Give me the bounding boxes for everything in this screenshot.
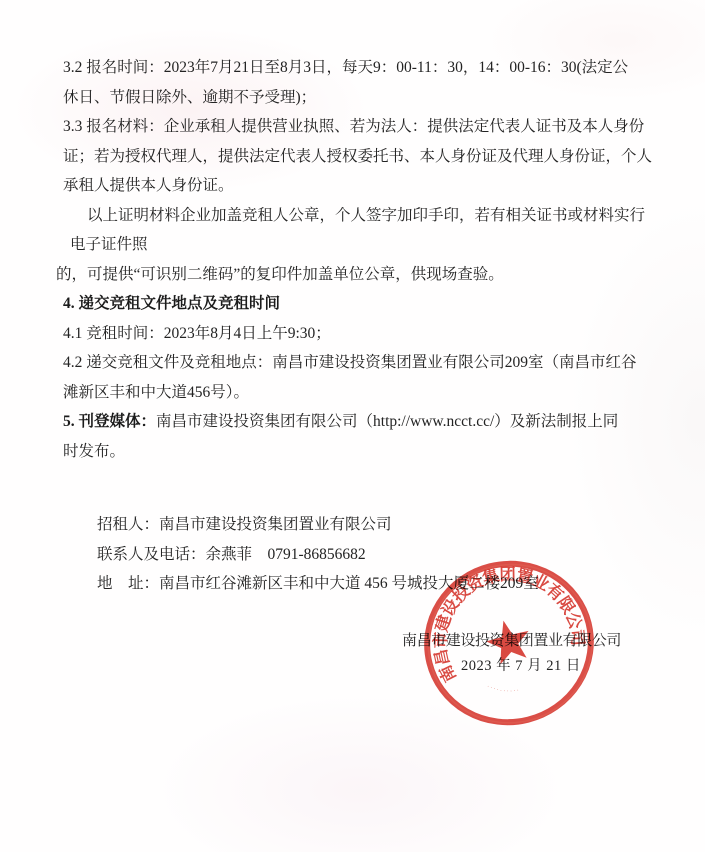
doc-line-materials-note: 以上证明材料企业加盖竞租人公章，个人签字加印手印，若有相关证书或材料实行 bbox=[63, 201, 673, 231]
scanned-document-page: 3.2 报名时间：2023年7月21日至8月3日，每天9：00-11：30，14… bbox=[0, 0, 705, 852]
doc-line-3-2-cont: 休日、节假日除外、逾期不予受理)； bbox=[63, 83, 673, 113]
seal-arc-text: 南昌市建设投资集团置业有限公司 bbox=[420, 554, 591, 687]
doc-line-4-1: 4.1 竞租时间：2023年8月4日上午9:30； bbox=[63, 319, 673, 349]
doc-line-4-2-cont: 滩新区丰和中大道456号）。 bbox=[63, 378, 673, 408]
document-body: 3.2 报名时间：2023年7月21日至8月3日，每天9：00-11：30，14… bbox=[63, 53, 673, 466]
doc-heading-section-4: 4. 递交竞租文件地点及竞租时间 bbox=[63, 289, 673, 319]
svg-text:· · · · · · · · · ·: · · · · · · · · · · bbox=[484, 677, 519, 701]
doc-line-qrcode: 的，可提供“可识别二维码”的复印件加盖单位公章，供现场查验。 bbox=[56, 260, 673, 290]
section-5-label: 5. 刊登媒体： bbox=[63, 413, 156, 430]
doc-line-3-2: 3.2 报名时间：2023年7月21日至8月3日，每天9：00-11：30，14… bbox=[63, 53, 673, 83]
seal-star-icon bbox=[482, 615, 535, 666]
doc-line-3-3-cont1: 证；若为授权代理人，提供法定代表人授权委托书、本人身份证及代理人身份证，个人 bbox=[63, 142, 673, 172]
doc-line-3-3-cont2: 承租人提供本人身份证。 bbox=[63, 171, 673, 201]
official-red-seal: 南昌市建设投资集团置业有限公司 · · · · · · · · · · bbox=[420, 554, 598, 732]
doc-line-section-5: 5. 刊登媒体：南昌市建设投资集团有限公司（http://www.ncct.cc… bbox=[63, 407, 673, 437]
doc-line-ecert: 电子证件照 bbox=[63, 230, 673, 260]
lessor-line: 招租人：南昌市建设投资集团置业有限公司 bbox=[97, 510, 539, 540]
section-5-text: 南昌市建设投资集团有限公司（http://www.ncct.cc/）及新法制报上… bbox=[156, 413, 618, 430]
doc-line-4-2: 4.2 递交竞租文件及竞租地点：南昌市建设投资集团置业有限公司209室（南昌市红… bbox=[63, 348, 673, 378]
svg-text:南昌市建设投资集团置业有限公司: 南昌市建设投资集团置业有限公司 bbox=[420, 554, 591, 687]
seal-serial-microtext: · · · · · · · · · · bbox=[484, 677, 519, 701]
doc-line-section-5-cont: 时发布。 bbox=[63, 437, 673, 467]
doc-line-3-3: 3.3 报名材料：企业承租人提供营业执照、若为法人：提供法定代表人证书及本人身份 bbox=[63, 112, 673, 142]
